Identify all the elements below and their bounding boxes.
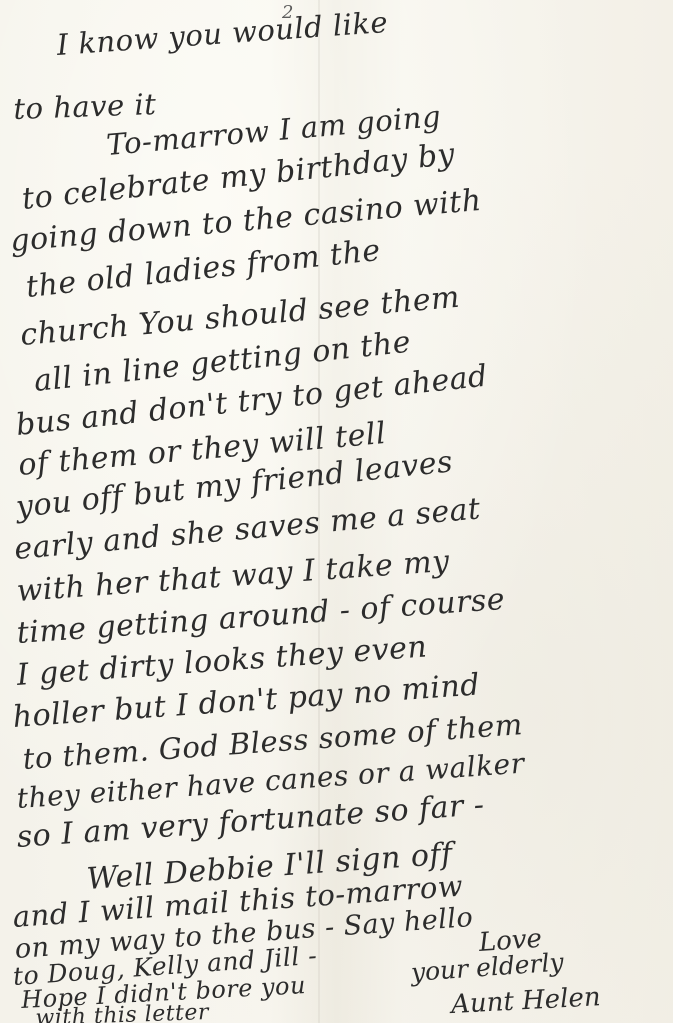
- closing-line: your elderly: [410, 947, 564, 987]
- signature: Aunt Helen: [450, 982, 601, 1020]
- letter-line: to have it: [13, 87, 157, 126]
- letter-page: 2 I know you would like to have it To-ma…: [0, 0, 673, 1023]
- letter-line: I know you would like: [56, 5, 390, 62]
